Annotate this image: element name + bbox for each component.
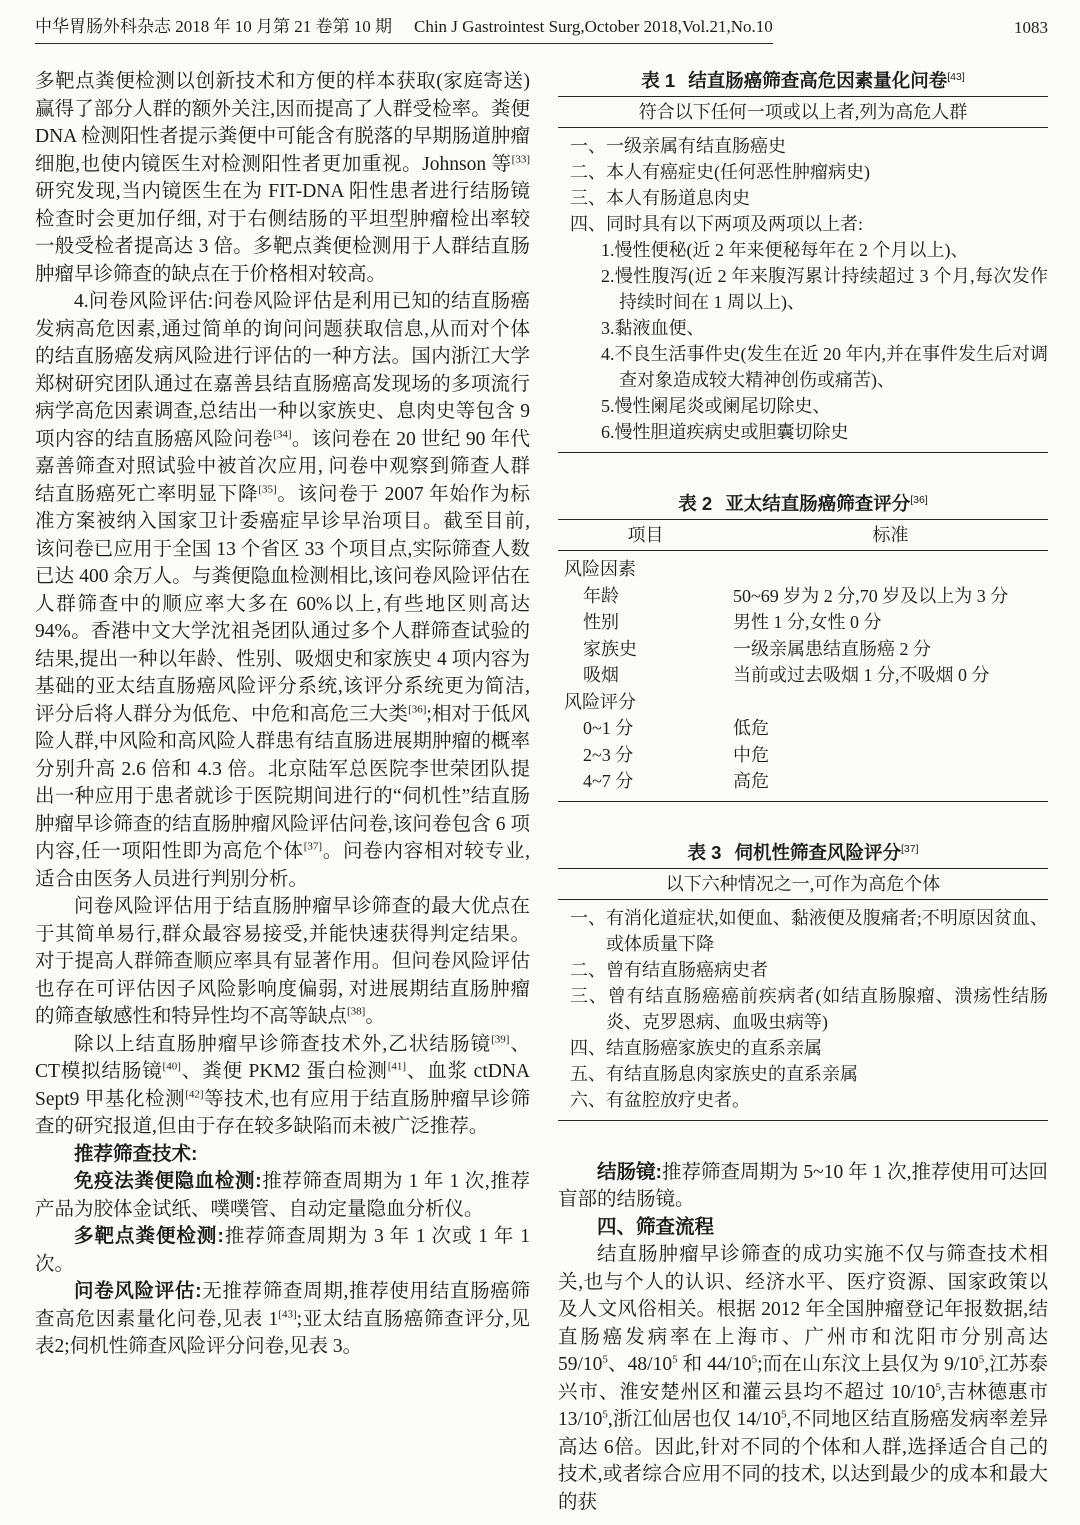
standard-cell	[733, 556, 1048, 583]
item-cell: 年龄	[558, 583, 733, 610]
table-row: 二、曾有结直肠癌病史者	[558, 957, 1048, 983]
journal-title-cn: 中华胃肠外科杂志 2018 年 10 月第 21 卷第 10 期	[35, 17, 392, 36]
table-body: 一、一级亲属有结直肠癌史二、本人有癌症史(任何恶性肿瘤病史)三、本人有肠道息肉史…	[558, 128, 1048, 453]
table-row: 风险评分	[558, 689, 1048, 716]
reference-marker: [43]	[947, 71, 965, 83]
text-run: 问卷风险评估用于结直肠肿瘤早诊筛查的最大优点在于其简单易行,群众最容易接受,并能…	[35, 896, 530, 1027]
table-3-caption: 表 3伺机性筛查风险评分[37]	[558, 840, 1048, 866]
heading-recommended-techniques: 推荐筛查技术:	[35, 1141, 530, 1169]
reference-marker: [42]	[185, 1088, 203, 1100]
table-number: 表 1	[641, 70, 675, 91]
item-cell: 风险评分	[558, 689, 733, 716]
table-row: 一、一级亲属有结直肠癌史	[558, 133, 1048, 159]
table-row: 1.慢性便秘(近 2 年来便秘每年在 2 个月以上)、	[558, 237, 1048, 263]
text-run: ,浙江仙居也仅 14/10	[608, 1409, 781, 1430]
paragraph-lead: 免疫法粪便隐血检测:	[74, 1170, 262, 1192]
table-row: 3.黏液血便、	[558, 315, 1048, 341]
table-header-row: 符合以下任何一项或以上者,列为高危人群	[558, 96, 1048, 128]
text-run: 和 44/10	[678, 1354, 752, 1375]
two-column-body: 多靶点粪便检测以创新技术和方便的样本获取(家庭寄送)赢得了部分人群的额外关注,因…	[35, 68, 1048, 1516]
reference-marker: [36]	[408, 703, 426, 715]
text-run: ;相对于低风险人群,中风险和高风险人群患有结直肠进展期肿瘤的概率分别升高 2.6…	[35, 704, 530, 863]
page-header: 中华胃肠外科杂志 2018 年 10 月第 21 卷第 10 期Chin J G…	[35, 16, 1048, 44]
text-run: 研究发现,当内镜医生在为 FIT-DNA 阳性患者进行结肠镜检查时会更加仔细, …	[35, 181, 530, 285]
table-row: 二、本人有癌症史(任何恶性肿瘤病史)	[558, 159, 1048, 185]
table-row: 家族史一级亲属患结直肠癌 2 分	[558, 636, 1048, 663]
right-column: 表 1结直肠癌筛查高危因素量化问卷[43]符合以下任何一项或以上者,列为高危人群…	[558, 68, 1048, 1516]
table-row: 四、结直肠癌家族史的直系亲属	[558, 1035, 1048, 1061]
item-cell: 家族史	[558, 636, 733, 663]
column-header-item: 项目	[558, 520, 733, 550]
table-3: 表 3伺机性筛查风险评分[37]以下六种情况之一,可作为高危个体一、有消化道症状…	[558, 840, 1048, 1121]
table-row: 性别男性 1 分,女性 0 分	[558, 609, 1048, 636]
table-row: 四、同时具有以下两项及两项以上者:	[558, 211, 1048, 237]
table-row: 三、曾有结直肠癌癌前疾病者(如结直肠腺瘤、溃疡性结肠炎、克罗恩病、血吸虫病等)	[558, 983, 1048, 1035]
table-number: 表 3	[688, 842, 722, 863]
reference-marker: [33]	[512, 153, 530, 165]
paragraph-lead: 多靶点粪便检测:	[74, 1225, 224, 1247]
table-body: 风险因素年龄50~69 岁为 2 分,70 岁及以上为 3 分性别男性 1 分,…	[558, 551, 1048, 802]
table-row: 6.慢性胆道疾病史或胆囊切除史	[558, 419, 1048, 445]
page-number: 1083	[1014, 17, 1048, 44]
reference-marker: [35]	[258, 483, 276, 495]
text-run: 、48/10	[608, 1354, 672, 1375]
table-row: 一、有消化道症状,如便血、黏液便及腹痛者;不明原因贫血、或体质量下降	[558, 905, 1048, 957]
paragraph-multitarget-recommendation: 多靶点粪便检测:推荐筛查周期为 3 年 1 次或 1 年 1 次。	[35, 1223, 530, 1278]
table-2-caption: 表 2亚太结直肠癌筛查评分[36]	[558, 491, 1048, 517]
item-cell: 性别	[558, 609, 733, 636]
item-cell: 4~7 分	[558, 768, 733, 795]
heading-screening-process: 四、筛查流程	[558, 1214, 1048, 1242]
table-title: 亚太结直肠癌筛查评分	[725, 493, 910, 514]
table-1: 表 1结直肠癌筛查高危因素量化问卷[43]符合以下任何一项或以上者,列为高危人群…	[558, 68, 1048, 453]
paragraph-other-techniques: 除以上结直肠肿瘤早诊筛查技术外,乙状结肠镜[39]、CT模拟结肠镜[40]、粪便…	[35, 1031, 530, 1141]
table-row: 2.慢性腹泻(近 2 年来腹泻累计持续超过 3 个月,每次发作持续时间在 1 周…	[558, 263, 1048, 315]
table-row: 吸烟当前或过去吸烟 1 分,不吸烟 0 分	[558, 662, 1048, 689]
table-row: 0~1 分低危	[558, 715, 1048, 742]
paragraph-questionnaire-pros-cons: 问卷风险评估用于结直肠肿瘤早诊筛查的最大优点在于其简单易行,群众最容易接受,并能…	[35, 893, 530, 1031]
reference-marker: [34]	[273, 428, 291, 440]
standard-cell	[733, 689, 1048, 716]
text-run: 。	[365, 1006, 385, 1027]
paragraph-lead: 推荐筛查技术:	[74, 1143, 198, 1165]
table-row: 2~3 分中危	[558, 742, 1048, 769]
paragraph-lead: 四、筛查流程	[597, 1216, 714, 1238]
reference-marker: [38]	[347, 1006, 365, 1018]
table-title: 伺机性筛查风险评分	[734, 842, 901, 863]
table-row: 年龄50~69 岁为 2 分,70 岁及以上为 3 分	[558, 583, 1048, 610]
text-run: 。该问卷于 2007 年始作为标准方案被纳入国家卫计委癌症早诊早治项目。截至目前…	[35, 484, 530, 725]
table-row: 5.慢性阑尾炎或阑尾切除史、	[558, 393, 1048, 419]
table-row: 风险因素	[558, 556, 1048, 583]
reference-marker: [36]	[910, 494, 928, 506]
paragraph-lead: 问卷风险评估:	[74, 1280, 202, 1302]
table-column-headers: 项目标准	[558, 519, 1048, 551]
table-header-row: 以下六种情况之一,可作为高危个体	[558, 868, 1048, 900]
paragraph-fit-recommendation: 免疫法粪便隐血检测:推荐筛查周期为 1 年 1 次,推荐产品为胶体金试纸、噗噗管…	[35, 1168, 530, 1223]
table-row: 4~7 分高危	[558, 768, 1048, 795]
item-cell: 0~1 分	[558, 715, 733, 742]
standard-cell: 低危	[733, 715, 1048, 742]
column-header-standard: 标准	[733, 520, 1048, 550]
paragraph-screening-process: 结直肠肿瘤早诊筛查的成功实施不仅与筛查技术相关,也与个人的认识、经济水平、医疗资…	[558, 1241, 1048, 1516]
table-row: 五、有结直肠息肉家族史的直系亲属	[558, 1061, 1048, 1087]
standard-cell: 男性 1 分,女性 0 分	[733, 609, 1048, 636]
item-cell: 2~3 分	[558, 742, 733, 769]
reference-marker: [37]	[901, 842, 919, 854]
paragraph-questionnaire-risk-assessment: 4.问卷风险评估:问卷风险评估是利用已知的结直肠癌发病高危因素,通过简单的询问问…	[35, 288, 530, 893]
standard-cell: 一级亲属患结直肠癌 2 分	[733, 636, 1048, 663]
reference-marker: [40]	[163, 1061, 181, 1073]
table-number: 表 2	[678, 493, 712, 514]
table-2: 表 2亚太结直肠癌筛查评分[36]项目标准风险因素年龄50~69 岁为 2 分,…	[558, 491, 1048, 802]
paragraph-colonoscopy-recommendation: 结肠镜:推荐筛查周期为 5~10 年 1 次,推荐使用可达回盲部的结肠镜。	[558, 1159, 1048, 1214]
standard-cell: 中危	[733, 742, 1048, 769]
table-row: 六、有盆腔放疗史者。	[558, 1087, 1048, 1113]
header-titles: 中华胃肠外科杂志 2018 年 10 月第 21 卷第 10 期Chin J G…	[35, 16, 773, 44]
standard-cell: 高危	[733, 768, 1048, 795]
item-cell: 吸烟	[558, 662, 733, 689]
table-title: 结直肠癌筛查高危因素量化问卷	[688, 70, 947, 91]
table-row: 三、本人有肠道息肉史	[558, 185, 1048, 211]
reference-marker: [39]	[491, 1033, 509, 1045]
text-run: 4.问卷风险评估:问卷风险评估是利用已知的结直肠癌发病高危因素,通过简单的询问问…	[35, 291, 530, 450]
text-run: 、粪便 PKM2 蛋白检测	[181, 1061, 388, 1082]
reference-marker: [41]	[388, 1061, 406, 1073]
paragraph-questionnaire-recommendation: 问卷风险评估:无推荐筛查周期,推荐使用结直肠癌筛查高危因素量化问卷,见表 1[4…	[35, 1278, 530, 1361]
text-run: 除以上结直肠肿瘤早诊筛查技术外,乙状结肠镜	[74, 1034, 491, 1055]
text-run: ;而在山东汶上县仅为 9/10	[757, 1354, 979, 1375]
standard-cell: 当前或过去吸烟 1 分,不吸烟 0 分	[733, 662, 1048, 689]
reference-marker: [43]	[278, 1308, 296, 1320]
text-run: 多靶点粪便检测以创新技术和方便的样本获取(家庭寄送)赢得了部分人群的额外关注,因…	[35, 71, 530, 175]
table-row: 4.不良生活事件史(发生在近 20 年内,并在事件发生后对调查对象造成较大精神创…	[558, 341, 1048, 393]
left-column: 多靶点粪便检测以创新技术和方便的样本获取(家庭寄送)赢得了部分人群的额外关注,因…	[35, 68, 530, 1516]
table-body: 一、有消化道症状,如便血、黏液便及腹痛者;不明原因贫血、或体质量下降二、曾有结直…	[558, 900, 1048, 1121]
standard-cell: 50~69 岁为 2 分,70 岁及以上为 3 分	[733, 583, 1048, 610]
continued-paragraph-stool-dna: 多靶点粪便检测以创新技术和方便的样本获取(家庭寄送)赢得了部分人群的额外关注,因…	[35, 68, 530, 288]
reference-marker: [37]	[304, 841, 322, 853]
table-1-caption: 表 1结直肠癌筛查高危因素量化问卷[43]	[558, 68, 1048, 94]
item-cell: 风险因素	[558, 556, 733, 583]
journal-page: 中华胃肠外科杂志 2018 年 10 月第 21 卷第 10 期Chin J G…	[0, 0, 1080, 1525]
paragraph-lead: 结肠镜:	[597, 1161, 662, 1183]
journal-title-en: Chin J Gastrointest Surg,October 2018,Vo…	[414, 17, 773, 36]
